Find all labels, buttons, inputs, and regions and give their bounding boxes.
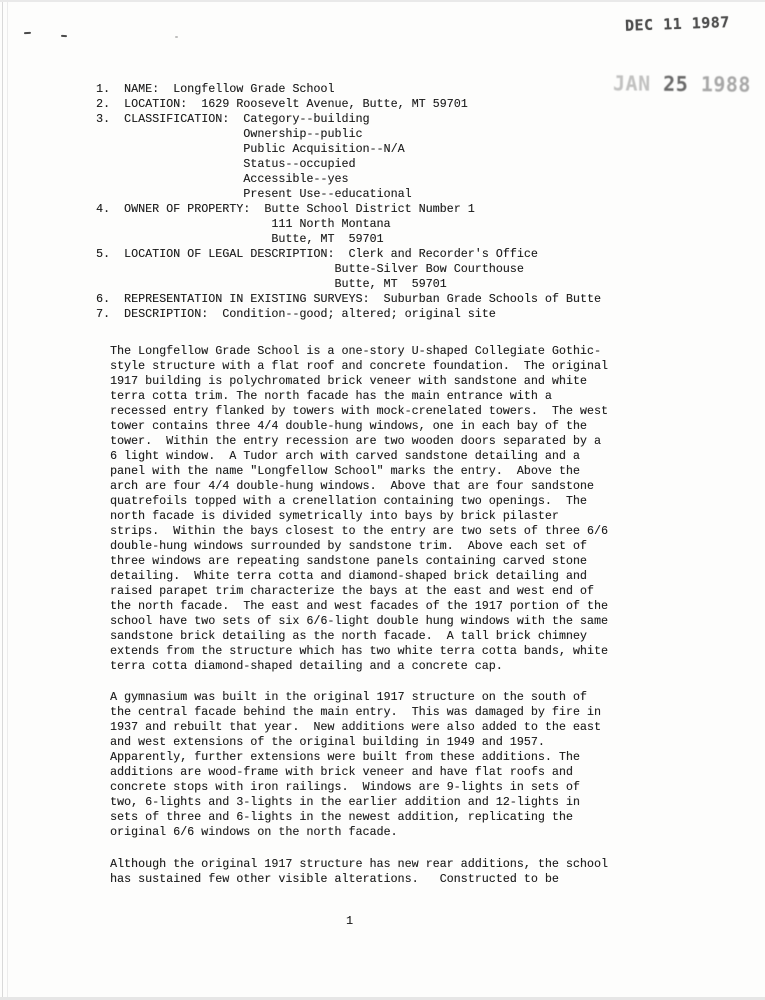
received-date-stamp-1987: DEC 11 1987 xyxy=(625,13,730,35)
scan-edge-left-line xyxy=(2,0,3,1000)
property-info-list: 1. NAME: Longfellow Grade School 2. LOCA… xyxy=(96,82,601,322)
received-date-stamp-1988: JAN 25 1988 xyxy=(613,71,751,96)
description-paragraph-3: Although the original 1917 structure has… xyxy=(110,857,608,887)
scan-edge-left-line-faint xyxy=(7,0,8,1000)
scan-speck xyxy=(175,36,178,38)
page-number: 1 xyxy=(346,914,353,929)
stamp-month: JAN xyxy=(613,71,651,95)
description-paragraph-2: A gymnasium was built in the original 19… xyxy=(110,690,601,840)
document-page: DEC 11 1987 JAN 25 1988 1. NAME: Longfel… xyxy=(0,0,765,1000)
description-paragraph-1: The Longfellow Grade School is a one-sto… xyxy=(110,344,608,674)
scan-speck xyxy=(61,35,67,37)
scan-speck xyxy=(24,32,31,34)
stamp-year: 1988 xyxy=(701,72,751,97)
scan-edge-top xyxy=(0,0,765,2)
stamp-day: 25 xyxy=(663,72,688,96)
